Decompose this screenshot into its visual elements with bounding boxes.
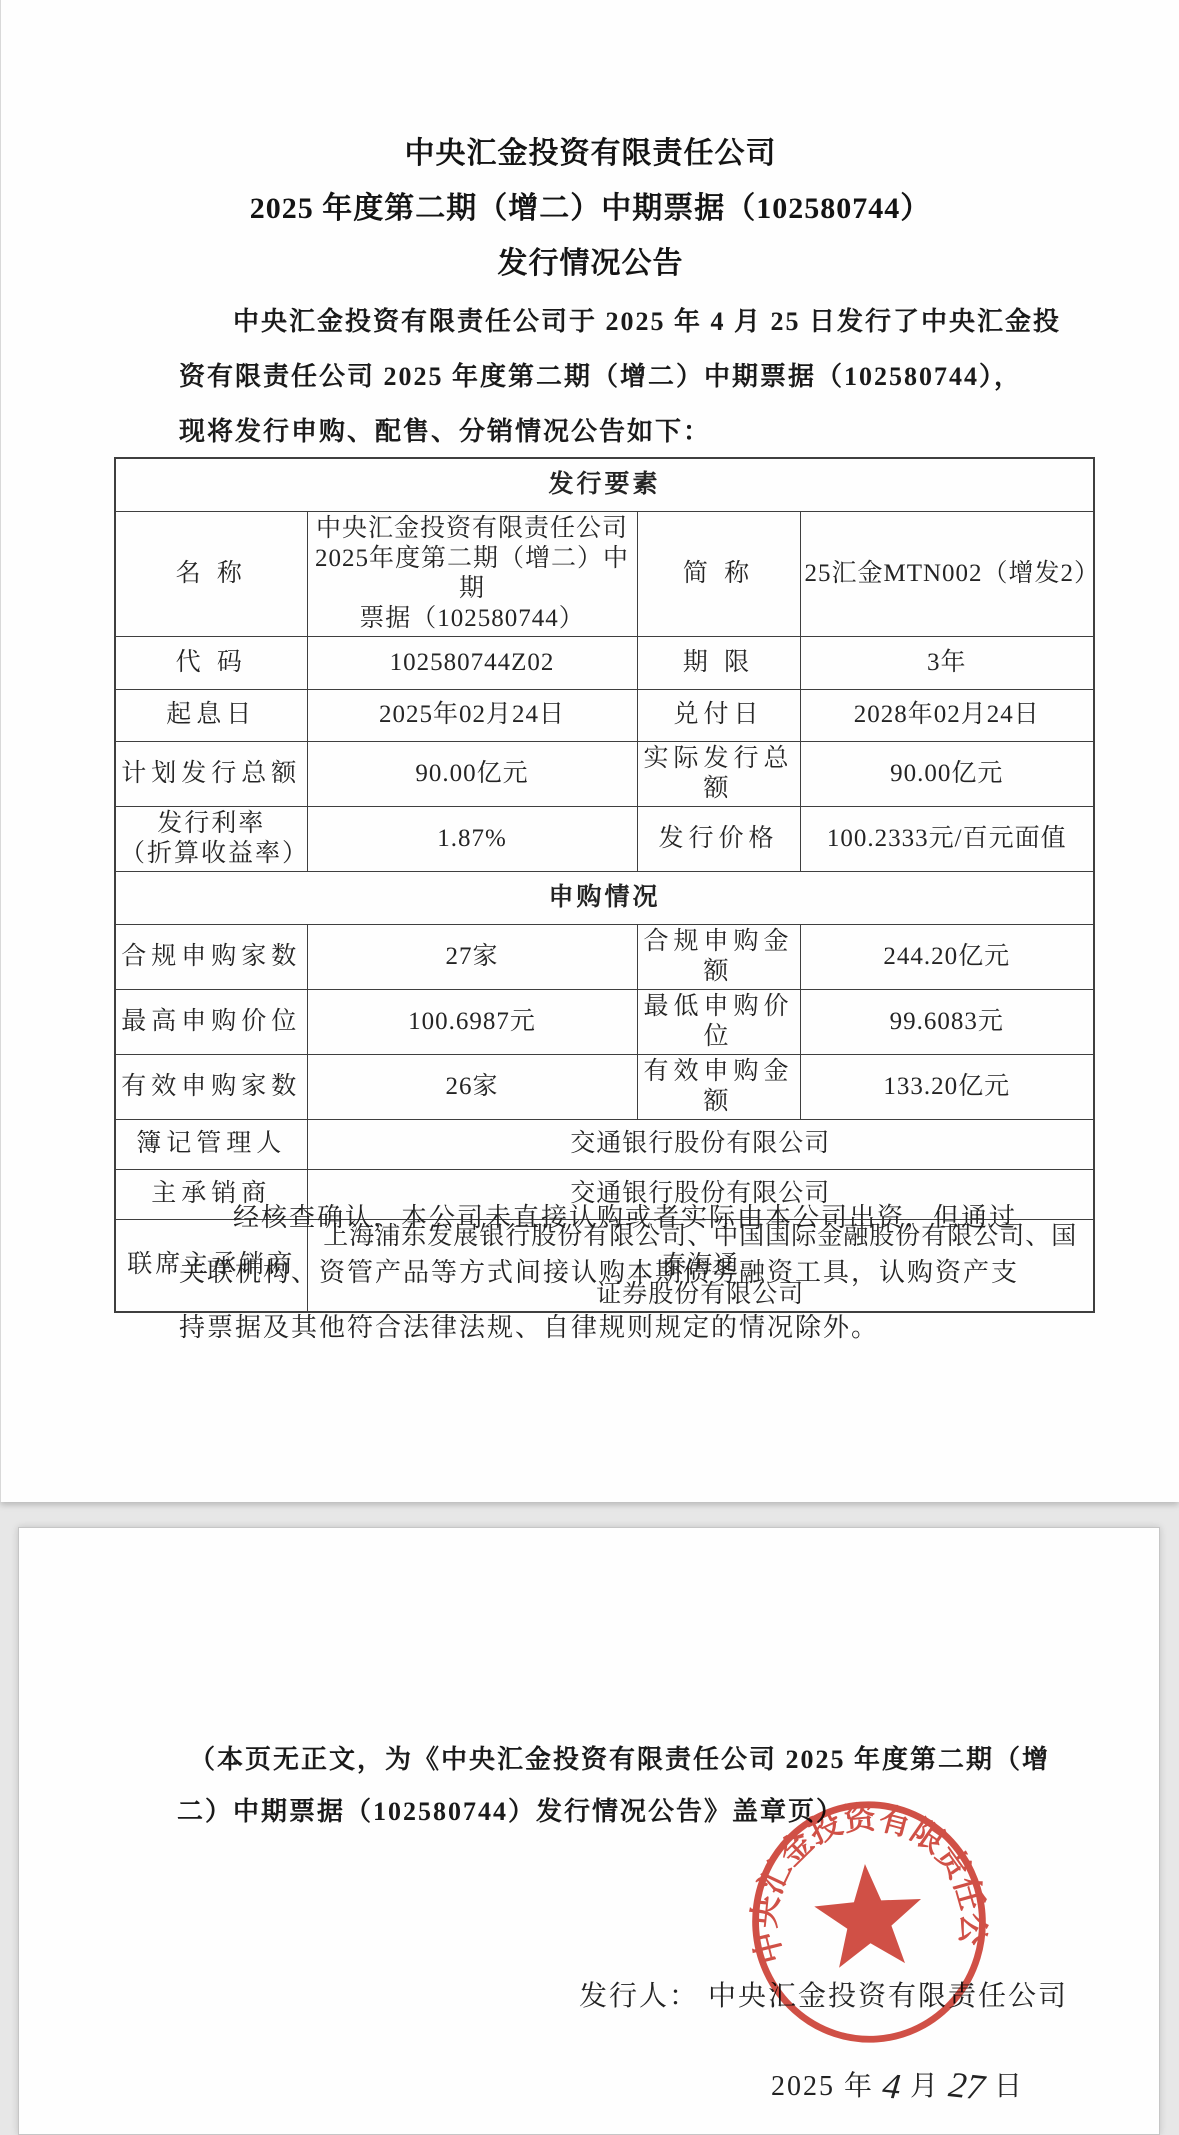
- seal-star-icon: [812, 1860, 926, 1969]
- value-redemption-date: 2028年02月24日: [800, 689, 1094, 741]
- closing-line-3: 持票据及其他符合法律法规、自律规则规定的情况除外。: [179, 1300, 1019, 1355]
- value-code: 102580744Z02: [307, 636, 637, 689]
- note-line-1: （本页无正文，为《中央汇金投资有限责任公司 2025 年度第二期（增: [177, 1734, 1050, 1786]
- issuance-table: 发行要素 名 称 中央汇金投资有限责任公司 2025年度第二期（增二）中期 票据…: [114, 457, 1095, 1313]
- value-issue-price: 100.2333元/百元面值: [800, 806, 1094, 871]
- value-compliant-amount: 244.20亿元: [800, 924, 1094, 989]
- company-seal-stamp: 中央汇金投资有限责任公司: [733, 1787, 1006, 2056]
- value-lowest-bid: 99.6083元: [800, 989, 1094, 1054]
- value-bookrunner: 交通银行股份有限公司: [307, 1119, 1094, 1169]
- label-compliant-amount: 合规申购金额: [637, 924, 800, 989]
- document-title: 中央汇金投资有限责任公司 2025 年度第二期（增二）中期票据（10258074…: [1, 126, 1179, 291]
- date-month-number: 4: [881, 2064, 903, 2108]
- label-valid-amount: 有效申购金额: [637, 1054, 800, 1119]
- value-highest-bid: 100.6987元: [307, 989, 637, 1054]
- value-planned-amount: 90.00亿元: [307, 741, 637, 806]
- intro-paragraph: 中央汇金投资有限责任公司于 2025 年 4 月 25 日发行了中央汇金投 资有…: [179, 294, 1061, 459]
- value-tenor: 3年: [800, 636, 1094, 689]
- title-line-3: 发行情况公告: [1, 236, 1179, 291]
- label-code: 代 码: [115, 636, 307, 689]
- date-day-number: 27: [947, 2063, 987, 2109]
- page-1: 中央汇金投资有限责任公司 2025 年度第二期（增二）中期票据（10258074…: [0, 0, 1179, 1502]
- value-actual-amount: 90.00亿元: [800, 741, 1094, 806]
- intro-line-3: 现将发行申购、配售、分销情况公告如下：: [179, 404, 1061, 459]
- value-compliant-bidders: 27家: [307, 924, 637, 989]
- value-valid-amount: 133.20亿元: [800, 1054, 1094, 1119]
- date-month-label: 月: [910, 2071, 940, 2102]
- label-compliant-bidders: 合规申购家数: [115, 924, 307, 989]
- label-planned-amount: 计划发行总额: [115, 741, 307, 806]
- table-section-subscription: 申购情况: [115, 871, 1094, 924]
- value-coupon-rate: 1.87%: [307, 806, 637, 871]
- value-short-name: 25汇金MTN002（增发2）: [800, 511, 1094, 636]
- table-section-issuance-elements: 发行要素: [115, 458, 1094, 511]
- label-redemption-date: 兑付日: [637, 689, 800, 741]
- intro-line-1: 中央汇金投资有限责任公司于 2025 年 4 月 25 日发行了中央汇金投: [179, 294, 1061, 349]
- closing-line-2: 关联机构、资管产品等方式间接认购本期债务融资工具，认购资产支: [179, 1245, 1019, 1300]
- label-name: 名 称: [115, 511, 307, 636]
- value-name: 中央汇金投资有限责任公司 2025年度第二期（增二）中期 票据（10258074…: [307, 511, 637, 636]
- document-date: 2025 年 4 月 27 日: [771, 2062, 1024, 2104]
- intro-line-2: 资有限责任公司 2025 年度第二期（增二）中期票据（102580744），: [179, 349, 1061, 404]
- document-background: { "page1": { "title_lines": [ "中央汇金投资有限责…: [0, 0, 1179, 2135]
- title-line-1: 中央汇金投资有限责任公司: [1, 126, 1179, 181]
- title-line-2: 2025 年度第二期（增二）中期票据（102580744）: [1, 181, 1179, 236]
- label-short-name: 简 称: [637, 511, 800, 636]
- value-value-date: 2025年02月24日: [307, 689, 637, 741]
- label-value-date: 起息日: [115, 689, 307, 741]
- closing-line-1: 经核查确认，本公司未直接认购或者实际由本公司出资，但通过: [179, 1190, 1019, 1245]
- closing-paragraph: 经核查确认，本公司未直接认购或者实际由本公司出资，但通过 关联机构、资管产品等方…: [179, 1190, 1019, 1355]
- label-issue-price: 发行价格: [637, 806, 800, 871]
- page-2: （本页无正文，为《中央汇金投资有限责任公司 2025 年度第二期（增 二）中期票…: [18, 1527, 1160, 2135]
- value-valid-bidders: 26家: [307, 1054, 637, 1119]
- date-day-label: 日: [994, 2071, 1024, 2102]
- date-year: 2025 年: [771, 2071, 874, 2102]
- label-tenor: 期 限: [637, 636, 800, 689]
- label-valid-bidders: 有效申购家数: [115, 1054, 307, 1119]
- label-actual-amount: 实际发行总额: [637, 741, 800, 806]
- label-bookrunner: 簿记管理人: [115, 1119, 307, 1169]
- label-lowest-bid: 最低申购价位: [637, 989, 800, 1054]
- label-highest-bid: 最高申购价位: [115, 989, 307, 1054]
- label-coupon-rate: 发行利率 （折算收益率）: [115, 806, 307, 871]
